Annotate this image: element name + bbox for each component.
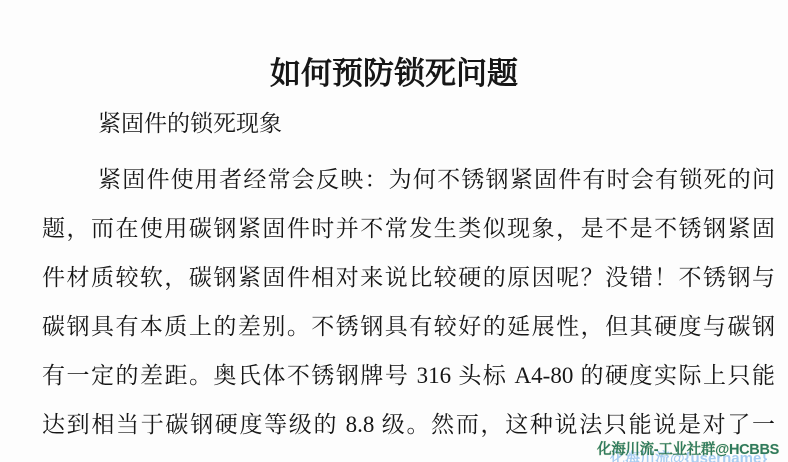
watermark-hcbbs: 化海川流-工业社群@HCBBS [597, 438, 779, 459]
body-line: 有一定的差距。奥氏体不锈钢牌号 316 头标 A4-80 的硬度实际上只能 [42, 351, 775, 400]
document-title: 如何预防锁死问题 [0, 56, 788, 92]
section-heading: 紧固件的锁死现象 [98, 110, 282, 138]
paragraph: 紧固件使用者经常会反映：为何不锈钢紧固件有时会有锁死的问 题，而在使用碳钢紧固件… [42, 155, 775, 449]
body-line: 碳钢具有本质上的差别。不锈钢具有较好的延展性，但其硬度与碳钢 [42, 302, 775, 351]
body-line: 紧固件使用者经常会反映：为何不锈钢紧固件有时会有锁死的问 [42, 155, 775, 204]
body-line: 件材质较软，碳钢紧固件相对来说比较硬的原因呢？没错！不锈钢与 [42, 253, 775, 302]
document-page: 如何预防锁死问题 紧固件的锁死现象 紧固件使用者经常会反映：为何不锈钢紧固件有时… [0, 0, 788, 462]
body-line: 题，而在使用碳钢紧固件时并不常发生类似现象，是不是不锈钢紧固 [42, 204, 775, 253]
